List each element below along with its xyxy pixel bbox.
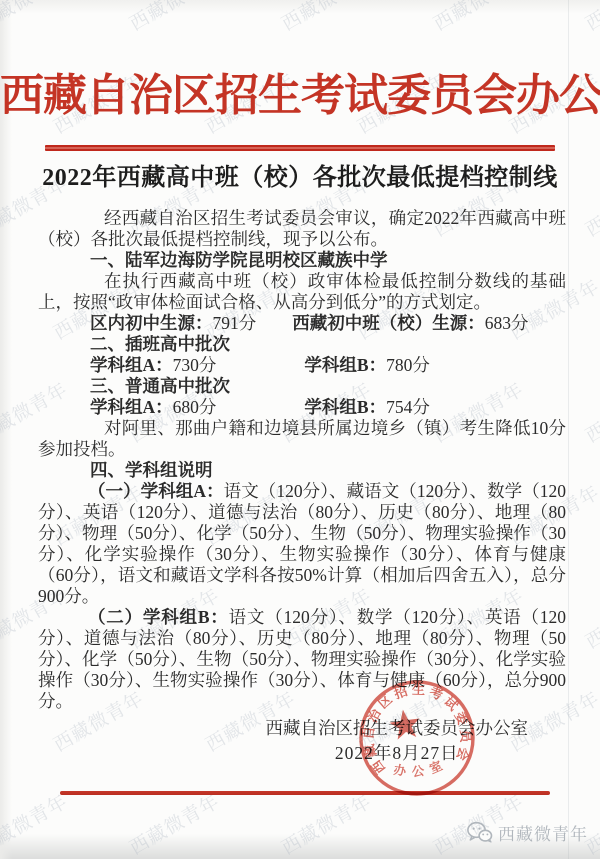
watermark-text: 西藏微青年 xyxy=(124,787,224,859)
footer-brand: 西藏微青年 xyxy=(466,820,588,845)
section-4-heading: 四、学科组说明 xyxy=(38,460,566,481)
watermark-text: 西藏微青年 xyxy=(276,787,376,859)
document-title: 2022年西藏高中班（校）各批次最低提档控制线 xyxy=(0,161,600,195)
group-b-desc-label: （二）学科组B： xyxy=(88,607,229,627)
section-3-heading: 三、普通高中批次 xyxy=(38,376,566,397)
document-page: 西藏微青年西藏微青年西藏微青年西藏微青年西藏微青年西藏微青年西藏微青年西藏微青年… xyxy=(0,0,600,859)
svg-text:办公室: 办公室 xyxy=(391,754,452,782)
group-a-label: 学科组A： xyxy=(90,397,173,417)
org-title: 西藏自治区招生考试委员会办公室 xyxy=(0,66,600,126)
group-a-value: 680分 xyxy=(173,397,217,417)
watermark-text: 西藏微青年 xyxy=(276,0,376,36)
section-2-score-row: 学科组A：730分学科组B：780分 xyxy=(38,355,566,376)
group-b-label: 学科组B： xyxy=(304,397,386,417)
document-body: 经西藏自治区招生考试委员会审议，确定2022年西藏高中班（校）各批次最低提档控制… xyxy=(38,208,566,712)
footer-brand-label: 西藏微青年 xyxy=(498,820,588,845)
section-1-body: 在执行西藏高中班（校）政审体检最低控制分数线的基础上，按照“政审体检面试合格、从… xyxy=(38,271,566,313)
header-divider-line xyxy=(45,145,555,151)
score-label-local: 区内初中生源： xyxy=(90,313,213,333)
score-value-local: 791分 xyxy=(213,313,257,333)
watermark-text: 西藏微青年 xyxy=(0,787,72,859)
group-b-value: 780分 xyxy=(386,355,430,375)
seal-bottom-text: 办公室 xyxy=(391,754,452,782)
star-icon xyxy=(388,708,422,741)
official-seal: 西藏自治区招生考试委员会 办公室 xyxy=(347,668,487,808)
group-a-label: 学科组A： xyxy=(90,355,173,375)
svg-text:西藏自治区招生考试委员会: 西藏自治区招生考试委员会 xyxy=(353,674,477,778)
group-b-value: 754分 xyxy=(386,397,430,417)
watermark-text: 西藏微青年 xyxy=(428,0,528,36)
score-label-tibet-class: 西藏初中班（校）生源： xyxy=(292,313,485,333)
section-2-heading: 二、插班高中批次 xyxy=(38,334,566,355)
section-1-score-row: 区内初中生源：791分西藏初中班（校）生源：683分 xyxy=(38,313,566,334)
group-b-label: 学科组B： xyxy=(304,355,386,375)
watermark-text: 西藏微青年 xyxy=(580,0,600,36)
watermark-text: 西藏微青年 xyxy=(580,581,600,654)
section-3-score-row: 学科组A：680分学科组B：754分 xyxy=(38,397,566,418)
watermark-text: 西藏微青年 xyxy=(124,0,224,36)
intro-paragraph: 经西藏自治区招生考试委员会审议，确定2022年西藏高中班（校）各批次最低提档控制… xyxy=(38,208,566,250)
section-3-note: 对阿里、那曲户籍和边境县所属边境乡（镇）考生降低10分参加投档。 xyxy=(38,418,566,460)
group-a-description: （一）学科组A：语文（120分）、藏语文（120分）、数学（120分）、英语（1… xyxy=(38,481,566,607)
score-value-tibet-class: 683分 xyxy=(485,313,529,333)
group-b-description: （二）学科组B：语文（120分）、数学（120分）、英语（120分）、道德与法治… xyxy=(38,607,566,712)
group-a-value: 730分 xyxy=(173,355,217,375)
watermark-text: 西藏微青年 xyxy=(580,375,600,448)
watermark-text: 西藏微青年 xyxy=(0,0,72,36)
section-1-heading: 一、陆军边海防学院昆明校区藏族中学 xyxy=(38,250,566,271)
group-a-desc-label: （一）学科组A： xyxy=(88,481,224,501)
wechat-icon xyxy=(466,821,493,844)
seal-ring-text: 西藏自治区招生考试委员会 xyxy=(353,674,477,778)
